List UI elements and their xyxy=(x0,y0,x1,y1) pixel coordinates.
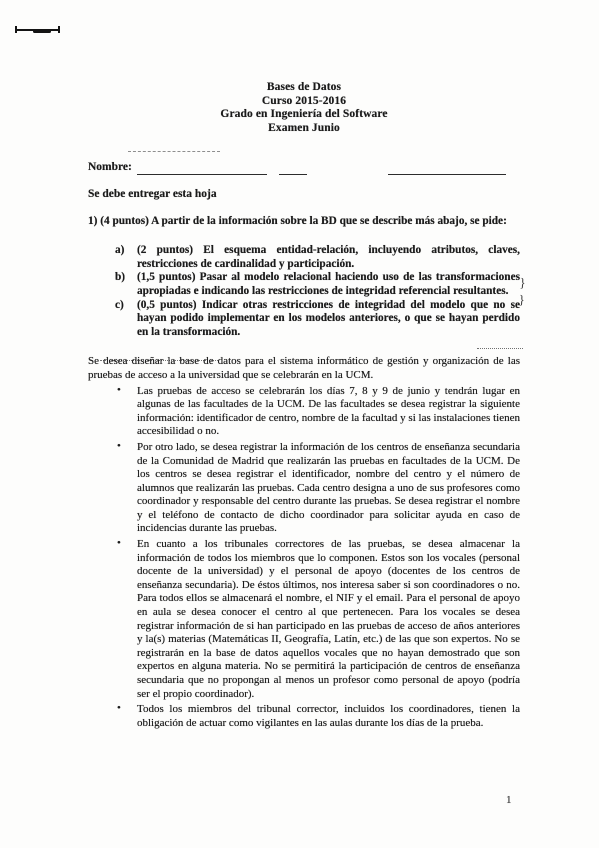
course-title: Bases de Datos xyxy=(88,81,520,95)
scan-artifact-pen-stroke xyxy=(16,29,59,31)
item-b-text: (1,5 puntos) Pasar al modelo relacional … xyxy=(137,271,520,297)
exam-title: Examen Junio xyxy=(88,122,520,136)
item-c-text: (0,5 puntos) Indicar otras restricciones… xyxy=(137,299,520,338)
submit-note: Se debe entregar esta hoja xyxy=(88,188,520,202)
name-label: Nombre: xyxy=(88,161,132,175)
question-item-c: c) (0,5 puntos) Indicar otras restriccio… xyxy=(88,299,520,340)
question-item-a: a) (2 puntos) El esquema entidad-relació… xyxy=(88,244,520,271)
question-intro: 1) (4 puntos) A partir de la información… xyxy=(88,215,520,229)
academic-year: Curso 2015-2016 xyxy=(88,95,520,109)
document-content: Bases de Datos Curso 2015-2016 Grado en … xyxy=(88,81,520,730)
scenario-bullet-tribunals: En cuanto a los tribunales correctores d… xyxy=(88,538,520,701)
question-items-list: a) (2 puntos) El esquema entidad-relació… xyxy=(88,244,520,339)
scenario-bullet-invigilators: Todos los miembros del tribunal correcto… xyxy=(88,703,520,730)
item-a-text: (2 puntos) El esquema entidad-relación, … xyxy=(137,244,520,270)
scenario-intro: Se desea diseñar la base de datos para e… xyxy=(88,355,520,382)
name-field-row: Nombre: xyxy=(88,158,520,175)
name-blank-line-1 xyxy=(137,161,267,175)
item-c-marker: c) xyxy=(115,299,124,313)
page-number: 1 xyxy=(506,794,512,806)
name-blank-line-3 xyxy=(388,161,506,175)
scenario-bullet-secondary-schools: Por otro lado, se desea registrar la inf… xyxy=(88,441,520,536)
scenario-bullet-list: Las pruebas de acceso se celebrarán los … xyxy=(88,385,520,731)
item-a-marker: a) xyxy=(115,244,124,258)
scan-artifact-pen-blob xyxy=(33,30,51,33)
brace-mark-top: } xyxy=(519,274,526,291)
scenario-bullet-faculties: Las pruebas de acceso se celebrarán los … xyxy=(88,385,520,439)
item-b-marker: b) xyxy=(115,271,125,285)
scanned-exam-page: } } Bases de Datos Curso 2015-2016 Grado… xyxy=(0,0,599,848)
question-item-b: b) (1,5 puntos) Pasar al modelo relacion… xyxy=(88,271,520,298)
name-blank-line-2 xyxy=(279,161,307,175)
degree-title: Grado en Ingeniería del Software xyxy=(88,108,520,122)
document-header: Bases de Datos Curso 2015-2016 Grado en … xyxy=(88,81,520,135)
